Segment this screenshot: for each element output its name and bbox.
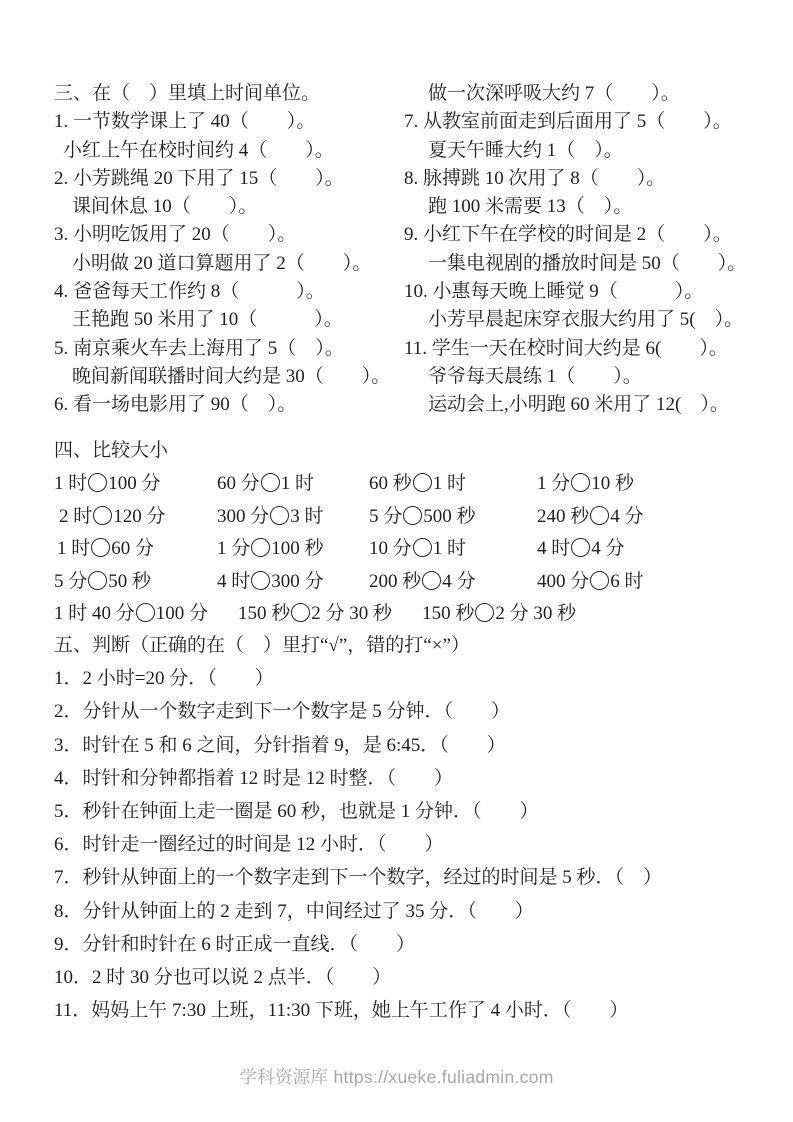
- compare-left: 200 秒: [369, 571, 421, 592]
- comparison-circle: [93, 506, 112, 525]
- comparison-circle: [571, 538, 590, 557]
- compare-left: 10 分: [369, 538, 412, 559]
- compare-right: 60 分: [111, 538, 154, 559]
- question-line: 运动会上,小明跑 60 米用了 12( ）。: [404, 391, 766, 419]
- section5-title: 五、判断（正确的在（ ）里打“√”，错的打“×”）: [54, 629, 766, 662]
- compare-left: 150 秒: [422, 603, 474, 624]
- compare-right: 100 分: [108, 473, 160, 494]
- compare-cell: 150 秒2 分 30 秒: [422, 598, 576, 631]
- compare-left: 4 时: [217, 571, 250, 592]
- question-line: 跑 100 米需要 13（ ）。: [404, 193, 766, 221]
- compare-left: 300 分: [217, 506, 269, 527]
- question-line: 做一次深呼吸大约 7（ ）。: [404, 80, 766, 108]
- compare-right: 10 秒: [591, 473, 634, 494]
- question-line: 小芳早晨起床穿衣服大约用了 5( ）。: [404, 306, 766, 334]
- compare-left: 1 时: [57, 538, 90, 559]
- compare-right: 100 分: [156, 603, 208, 624]
- question-line: 2. 小芳跳绳 20 下用了 15（ ）。: [54, 165, 404, 193]
- comparison-circle: [590, 571, 609, 590]
- question-line: 9. 小红下午在学校的时间是 2（ ）。: [404, 221, 766, 249]
- compare-left: 400 分: [537, 571, 589, 592]
- compare-row: 1 时100 分 60 分1 时 60 秒1 时 1 分10 秒: [54, 468, 766, 501]
- comparison-circle: [403, 506, 422, 525]
- question-line: 10. 小惠每天晚上睡觉 9（ ）。: [404, 278, 766, 306]
- question-line: 王艳跑 50 米用了 10（ ）。: [54, 306, 404, 334]
- compare-left: 5 分: [369, 506, 402, 527]
- question-line: 一集电视剧的播放时间是 50（ ）。: [404, 250, 766, 278]
- compare-right: 500 秒: [423, 506, 475, 527]
- comparison-circle: [251, 538, 270, 557]
- compare-cell: 240 秒4 分: [537, 501, 766, 534]
- compare-row: 2 时120 分 300 分3 时 5 分500 秒 240 秒4 分: [54, 501, 766, 534]
- compare-cell: 60 秒1 时: [369, 468, 537, 501]
- question-line: 1. 一节数学课上了 40（ ）。: [54, 108, 404, 136]
- judgment-line: 5．秒针在钟面上走一圈是 60 秒，也就是 1 分钟．（ ）: [54, 795, 766, 828]
- comparison-circle: [590, 506, 609, 525]
- section3-left-column: 三、在（ ）里填上时间单位。 1. 一节数学课上了 40（ ）。 小红上午在校时…: [54, 80, 404, 420]
- section-compare: 四、比较大小 1 时100 分 60 分1 时 60 秒1 时 1 分10 秒 …: [54, 434, 766, 631]
- question-line: 7. 从教室前面走到后面用了 5（ ）。: [404, 108, 766, 136]
- section-time-units: 三、在（ ）里填上时间单位。 1. 一节数学课上了 40（ ）。 小红上午在校时…: [54, 80, 766, 420]
- question-line: 11. 学生一天在校时间大约是 6( ）。: [404, 335, 766, 363]
- comparison-circle: [475, 603, 494, 622]
- compare-cell: 4 时300 分: [217, 566, 369, 599]
- compare-right: 50 秒: [108, 571, 151, 592]
- comparison-circle: [571, 473, 590, 492]
- comparison-circle: [422, 571, 441, 590]
- compare-right: 1 时: [433, 473, 466, 494]
- judgment-line: 11．妈妈上午 7:30 上班，11:30 下班，她上午工作了 4 小时．（ ）: [54, 994, 766, 1027]
- compare-cell: 1 时100 分: [54, 468, 217, 501]
- compare-right: 4 分: [591, 538, 624, 559]
- compare-cell: 60 分1 时: [217, 468, 369, 501]
- compare-cell: 2 时120 分: [54, 501, 217, 534]
- compare-right: 300 分: [271, 571, 323, 592]
- comparison-circle: [88, 571, 107, 590]
- section3-title: 三、在（ ）里填上时间单位。: [54, 80, 404, 108]
- footer-watermark: 学科资源库 https://xueke.fuliadmin.com: [0, 1064, 793, 1089]
- judgment-line: 1．2 小时=20 分．（ ）: [54, 662, 766, 695]
- judgment-line: 8．分针从钟面上的 2 走到 7，中间经过了 35 分．（ ）: [54, 895, 766, 928]
- question-line: 8. 脉搏跳 10 次用了 8（ ）。: [404, 165, 766, 193]
- compare-left: 150 秒: [238, 603, 290, 624]
- comparison-circle: [413, 473, 432, 492]
- judgment-line: 2．分针从一个数字走到下一个数字是 5 分钟．（ ）: [54, 695, 766, 728]
- worksheet-page: 三、在（ ）里填上时间单位。 1. 一节数学课上了 40（ ）。 小红上午在校时…: [0, 0, 793, 1122]
- compare-cell: 300 分3 时: [217, 501, 369, 534]
- compare-cell: 1 时60 分: [54, 533, 217, 566]
- compare-right: 1 时: [433, 538, 466, 559]
- judgment-line: 9．分针和时针在 6 时正成一直线．（ ）: [54, 928, 766, 961]
- comparison-circle: [261, 473, 280, 492]
- comparison-circle: [91, 538, 110, 557]
- compare-cell: 1 分100 秒: [217, 533, 369, 566]
- question-line: 晚间新闻联播时间大约是 30（ ）。: [54, 363, 404, 391]
- compare-right: 120 分: [113, 506, 165, 527]
- question-line: 4. 爸爸每天工作约 8（ ）。: [54, 278, 404, 306]
- comparison-circle: [136, 603, 155, 622]
- question-line: 课间休息 10（ ）。: [54, 193, 404, 221]
- compare-cell: 10 分1 时: [369, 533, 537, 566]
- section4-title: 四、比较大小: [54, 434, 766, 468]
- compare-cell: 5 分500 秒: [369, 501, 537, 534]
- compare-right: 4 分: [442, 571, 475, 592]
- compare-row: 1 时60 分 1 分100 秒 10 分1 时 4 时4 分: [54, 533, 766, 566]
- compare-left: 60 分: [217, 473, 260, 494]
- comparison-circle: [270, 506, 289, 525]
- compare-cell: 5 分50 秒: [54, 566, 217, 599]
- compare-left: 1 时 40 分: [54, 603, 135, 624]
- question-line: 5. 南京乘火车去上海用了 5（ ）。: [54, 335, 404, 363]
- compare-left: 1 分: [217, 538, 250, 559]
- compare-cell: 200 秒4 分: [369, 566, 537, 599]
- compare-cell: 150 秒2 分 30 秒: [238, 598, 392, 631]
- judgment-line: 4．时针和分钟都指着 12 时是 12 时整．（ ）: [54, 762, 766, 795]
- comparison-circle: [413, 538, 432, 557]
- compare-right: 2 分 30 秒: [495, 603, 576, 624]
- compare-cell: 1 分10 秒: [537, 468, 766, 501]
- compare-left: 2 时: [59, 506, 92, 527]
- compare-left: 4 时: [537, 538, 570, 559]
- section-judgment: 五、判断（正确的在（ ）里打“√”，错的打“×”） 1．2 小时=20 分．（ …: [54, 629, 766, 1027]
- compare-right: 4 分: [610, 506, 643, 527]
- comparison-circle: [88, 473, 107, 492]
- compare-cell: 400 分6 时: [537, 566, 766, 599]
- question-line: 夏天午睡大约 1（ ）。: [404, 137, 766, 165]
- compare-left: 5 分: [54, 571, 87, 592]
- compare-left: 60 秒: [369, 473, 412, 494]
- judgment-line: 3．时针在 5 和 6 之间，分针指着 9，是 6:45．（ ）: [54, 729, 766, 762]
- compare-left: 1 时: [54, 473, 87, 494]
- judgment-line: 7．秒针从钟面上的一个数字走到下一个数字，经过的时间是 5 秒．（ ）: [54, 861, 766, 894]
- section3-right-column: 做一次深呼吸大约 7（ ）。 7. 从教室前面走到后面用了 5（ ）。 夏天午睡…: [404, 80, 766, 420]
- compare-row: 1 时 40 分100 分 150 秒2 分 30 秒 150 秒2 分 30 …: [54, 598, 766, 631]
- comparison-circle: [291, 603, 310, 622]
- question-line: 6. 看一场电影用了 90（ ）。: [54, 391, 404, 419]
- compare-right: 2 分 30 秒: [311, 603, 392, 624]
- compare-row: 5 分50 秒 4 时300 分 200 秒4 分 400 分6 时: [54, 566, 766, 599]
- question-line: 3. 小明吃饭用了 20（ ）。: [54, 221, 404, 249]
- question-line: 小明做 20 道口算题用了 2（ ）。: [54, 250, 404, 278]
- compare-right: 100 秒: [271, 538, 323, 559]
- comparison-circle: [251, 571, 270, 590]
- judgment-line: 6．时针走一圈经过的时间是 12 小时．（ ）: [54, 828, 766, 861]
- question-line: 小红上午在校时间约 4（ ）。: [54, 137, 404, 165]
- compare-cell: 4 时4 分: [537, 533, 766, 566]
- compare-right: 6 时: [610, 571, 643, 592]
- compare-left: 1 分: [537, 473, 570, 494]
- question-line: 爷爷每天晨练 1（ ）。: [404, 363, 766, 391]
- judgment-line: 10．2 时 30 分也可以说 2 点半．（ ）: [54, 961, 766, 994]
- compare-right: 1 时: [281, 473, 314, 494]
- compare-cell: 1 时 40 分100 分: [54, 598, 208, 631]
- compare-right: 3 时: [290, 506, 323, 527]
- compare-left: 240 秒: [537, 506, 589, 527]
